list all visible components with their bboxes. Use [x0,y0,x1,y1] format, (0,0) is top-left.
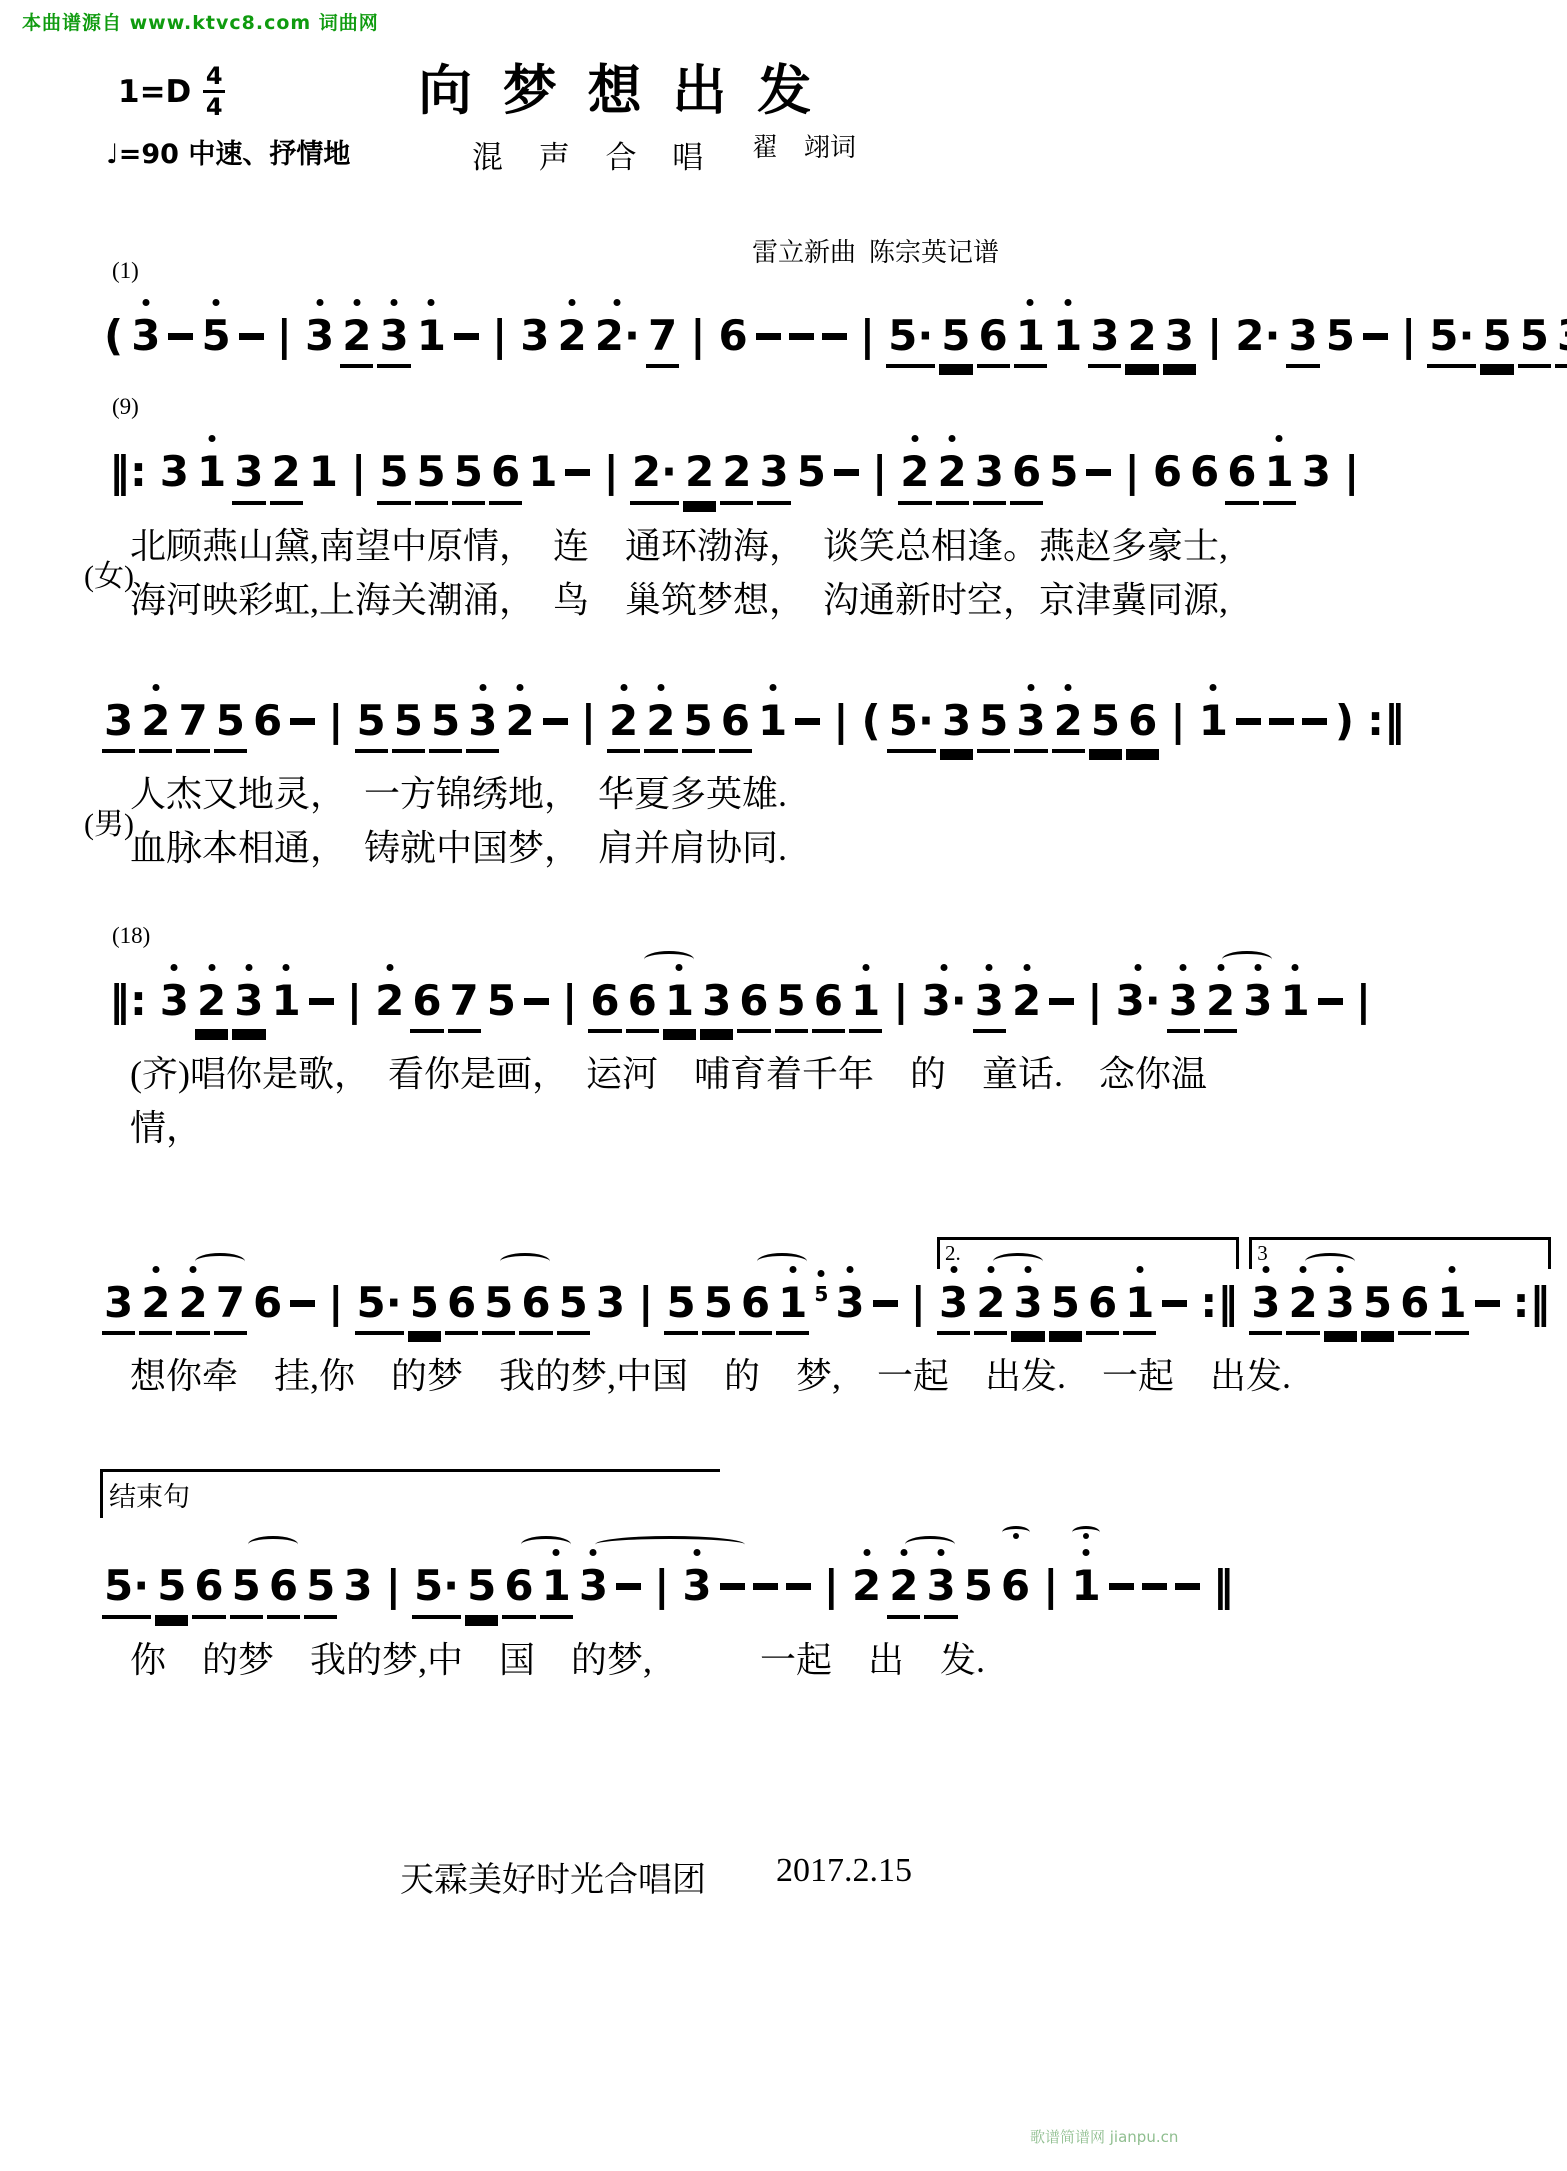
barline: | [326,1279,345,1327]
watermark-source-link: 本曲谱源自 www.ktvc8.com 词曲网 [22,8,379,35]
note-token: 2 [270,448,303,504]
token-glyph: 2 [505,697,534,745]
note-token: 5 [1049,1279,1082,1335]
token-glyph: 6 [1153,448,1182,496]
note-token: 7 [214,1279,247,1335]
token-glyph [565,469,590,476]
token-glyph: 2 [1206,977,1235,1025]
octave-dot [171,964,178,971]
token-glyph: 6 [1001,1562,1030,1610]
rest-dash [871,1279,900,1327]
token-glyph [454,333,479,340]
token-glyph: 3· [1116,977,1161,1025]
token-glyph: | [638,1279,653,1327]
barline: | [349,448,368,496]
token-glyph: 3 [468,697,497,745]
token-glyph: | [328,697,343,745]
note-token: 3 [1286,312,1319,368]
note-token: 1 [849,977,882,1033]
note-token: 2 [195,977,228,1033]
token-glyph: 1 [1437,1279,1466,1327]
token-glyph: 6 [741,1279,770,1327]
token-glyph: 2 [1288,1279,1317,1327]
lyric-block: 想你牵 挂,你 的梦 我的梦,中国 的 梦, 一起 出发. 一起 出发. [100,1349,1310,1403]
token-glyph: 6 [491,448,520,496]
token-glyph: | [328,1279,343,1327]
token-glyph: 1 [1280,977,1309,1025]
note-token: 5 [664,1279,697,1335]
octave-dot [1023,964,1030,971]
lyric-line: 人杰又地灵， 一方锦绣地， 华夏多英雄. [130,767,1310,821]
token-glyph [543,718,568,725]
slur-arc [905,1536,955,1553]
note-token: 1 [1014,312,1047,368]
rest-dash [832,448,861,496]
note-token: 5· [355,1279,404,1335]
token-glyph: 5· [889,697,934,745]
token-glyph: | [581,697,596,745]
rest-dash [1084,448,1113,496]
note-token: 2 [644,697,677,753]
token-glyph: 2 [272,448,301,496]
barline: | [822,1562,841,1610]
token-glyph: 6 [739,977,768,1025]
music-system: 结束句5·565653|5·5613|3|22356|1‖你 的梦 我的梦,中 … [100,1469,1310,1686]
token-glyph: 1 [197,448,226,496]
note-token: 6 [812,977,845,1033]
note-token: 3 [924,1562,957,1618]
note-token: 3 [158,448,191,496]
note-token: 5 [1089,697,1122,753]
octave-dot [1064,299,1071,306]
token-glyph: 6 [979,312,1008,360]
note-token: 2 [683,448,716,504]
token-glyph: 2 [558,312,587,360]
token-glyph: 3 [1016,697,1045,745]
token-glyph: 5· [357,1279,402,1327]
note-token: 1 [540,1562,573,1618]
token-glyph: 5 [704,1279,733,1327]
note-token: 3 [700,977,733,1033]
barline: ‖ [1211,1562,1236,1610]
note-token: 1 [1070,1562,1103,1610]
note-token: 5 [482,1279,515,1335]
note-token: 6 [739,1279,772,1335]
note-token: 2 [887,1562,920,1618]
note-token: 2· [630,448,679,504]
token-glyph: 6 [590,977,619,1025]
token-glyph: 5 [1091,697,1120,745]
token-glyph: 3 [1169,977,1198,1025]
token-glyph [795,718,820,725]
rest-dash [1047,977,1076,1025]
credits: 翟 翊词 雷立新曲 陈宗英记谱 [752,60,999,341]
token-glyph: 7 [450,977,479,1025]
note-token: 7 [448,977,481,1033]
barline: | [326,697,345,745]
note-token: 3 [1300,448,1333,496]
date: 2017.2.15 [776,1852,912,1901]
lyric-block: 你 的梦 我的梦,中 国 的梦, 一起 出 发. [100,1633,1310,1687]
note-token: 2 [974,1279,1007,1335]
note-token: 6 [410,977,443,1033]
octave-dot [987,1266,994,1273]
token-glyph: 7 [178,697,207,745]
note-token: 6 [719,697,752,753]
octave-dot [283,964,290,971]
token-glyph: | [893,977,908,1025]
token-glyph: 1 [758,697,787,745]
slur-arc [757,1253,807,1270]
octave-dot [553,1549,560,1556]
octave-dot [1300,1266,1307,1273]
note-token: 3 [1324,1279,1357,1335]
coda-label: 结束句 [100,1469,720,1518]
octave-dot [1254,964,1261,971]
token-glyph: :‖ [1513,1279,1551,1327]
note-token: 5 [1324,312,1357,360]
note-token: 5 [1361,1279,1394,1335]
note-token: 3 [102,1279,135,1335]
token-glyph: 5 [941,312,970,360]
fermata-icon [1002,1526,1030,1539]
barline: | [1122,448,1141,496]
note-token: 5 [230,1562,263,1618]
octave-dot [152,684,159,691]
note-token: 1 [195,448,228,496]
token-glyph: | [1401,312,1416,360]
token-glyph: | [562,977,577,1025]
note-token: 7 [176,697,209,753]
rest-dash [1300,697,1329,745]
token-glyph: 3 [702,977,731,1025]
octave-dot [1448,1266,1455,1273]
lyric-block: (男)人杰又地灵， 一方锦绣地， 华夏多英雄.血脉本相通， 铸就中国梦， 肩并肩… [100,767,1310,875]
rest-dash [452,312,481,360]
rest-dash [1173,1562,1202,1610]
note-token: 2 [340,312,373,368]
note-token: 6 [1086,1279,1119,1335]
token-glyph: 5 [379,448,408,496]
octave-dot [694,1549,701,1556]
octave-dot [386,964,393,971]
token-glyph: 5 [1363,1279,1392,1327]
octave-dot [950,1266,957,1273]
time-denominator: 4 [206,95,223,119]
note-token: 5 [452,448,485,504]
octave-dot [949,435,956,442]
token-glyph [1142,1583,1167,1590]
token-glyph: 6 [253,1279,282,1327]
note-token: 3 [1088,312,1121,368]
note-token: 3 [1011,1279,1044,1335]
rest-dash [1140,1562,1169,1610]
octave-dot [657,684,664,691]
token-glyph: | [492,312,507,360]
token-glyph: 3 [104,1279,133,1327]
token-glyph [822,333,847,340]
ensemble-name: 天霖美好时光合唱团 [400,1852,706,1901]
token-glyph: 5 [201,312,230,360]
token-glyph: 5 [157,1562,186,1610]
paren: ( [102,312,125,360]
rest-dash [1234,697,1263,745]
token-glyph [1175,1583,1200,1590]
token-glyph: 2 [685,448,714,496]
octave-dot [245,964,252,971]
note-token: 7 [646,312,679,368]
token-glyph: 2 [1054,697,1083,745]
octave-dot [479,684,486,691]
barline: | [275,312,294,360]
note-token: 5 [485,977,518,1025]
token-glyph: 5 [216,697,245,745]
note-token: 5 [408,1279,441,1335]
barline: :‖ [1198,1279,1240,1327]
octave-dot [1065,684,1072,691]
note-token: 3 [232,977,265,1033]
token-glyph: 6 [719,312,748,360]
token-row: 32276|5·565653|556153| [100,1278,935,1327]
note-token: 6 [717,312,750,360]
note-token: 5· [412,1562,461,1618]
score-body: (1)(35|3231|322·7|6|5·5611323|2·35|5·553… [100,258,1310,1687]
octave-dot [428,299,435,306]
token-glyph: 2 [342,312,371,360]
token-glyph: 1 [528,448,557,496]
composer-credit: 雷立新曲 陈宗英记谱 [752,235,999,270]
token-glyph: 1 [1053,312,1082,360]
octave-dot [213,299,220,306]
barline: | [1168,697,1187,745]
paren: ) [1333,697,1356,745]
note-token: 3 [680,1562,713,1610]
token-glyph: 6 [194,1562,223,1610]
volta-bracket: 3 [1249,1237,1551,1269]
token-glyph: 3 [305,312,334,360]
token-glyph: 3 [682,1562,711,1610]
octave-dot [676,964,683,971]
token-glyph [1162,1300,1187,1307]
token-glyph: 5 [410,1279,439,1327]
octave-dot [208,964,215,971]
octave-dot [208,435,215,442]
token-glyph: | [654,1562,669,1610]
token-glyph: 6 [412,977,441,1025]
note-token: 3 [232,448,265,504]
barline: | [560,977,579,1025]
token-glyph: 3 [759,448,788,496]
barline: | [1342,448,1361,496]
notation-segment: 2.323561:‖ [935,1237,1247,1335]
token-glyph: 5 [431,697,460,745]
note-token: 1 [415,312,448,360]
note-token: 2 [898,448,931,504]
rest-dash [541,697,570,745]
music-system: 32276|5·565653|556153|2.323561:‖3323561:… [100,1209,1310,1403]
token-row: 323561:‖ [935,1278,1247,1327]
slur-arc [500,1253,550,1270]
token-glyph: 5 [467,1562,496,1610]
note-token: 3 [466,697,499,753]
slur-arc [644,951,694,968]
note-token: 5 [812,1283,830,1306]
rest-dash [1267,697,1296,745]
token-glyph: | [872,448,887,496]
token-glyph: 2 [1127,312,1156,360]
footer: 天霖美好时光合唱团 2017.2.15 [400,1852,1310,1901]
token-glyph: 5 [1049,448,1078,496]
token-glyph: | [277,312,292,360]
barline: | [636,1279,655,1327]
octave-dot [1027,299,1034,306]
token-glyph [756,333,781,340]
token-glyph: 1 [417,312,446,360]
token-glyph: 2 [938,448,967,496]
note-token: 3 [129,312,162,360]
token-glyph: 3 [1302,448,1331,496]
note-token: 5 [429,697,462,753]
rest-dash [288,697,317,745]
note-token: 2 [607,697,640,753]
barline: | [1205,312,1224,360]
octave-dot [1135,964,1142,971]
barline: | [579,697,598,745]
token-glyph: 5 [1326,312,1355,360]
token-glyph [834,469,859,476]
volta-number: 3 [1257,1241,1268,1265]
rest-dash [522,977,551,1025]
note-token: 3 [158,977,191,1025]
token-glyph: 1 [778,1279,807,1327]
token-glyph: 2· [632,448,677,496]
token-glyph: ‖ [1213,1562,1234,1610]
note-token: 6 [977,312,1010,368]
token-row: 5·565653|5·5613|3|22356|1‖ [100,1561,1243,1610]
token-glyph: 3 [379,312,408,360]
octave-dot [142,299,149,306]
octave-dot [789,1266,796,1273]
rest-dash [1361,312,1390,360]
token-glyph: 6 [253,697,282,745]
rest-dash [307,977,336,1025]
token-glyph: 6 [1190,448,1219,496]
note-token: 6 [519,1279,552,1335]
octave-dot [316,299,323,306]
note-token: 5· [886,312,935,368]
token-glyph: 5 [979,697,1008,745]
token-glyph [239,333,264,340]
token-glyph: | [1087,977,1102,1025]
score-header: 1=D 4 4 ♩=90 中速、抒情地 向 梦 想 出 发 混 声 合 唱 翟 … [100,58,1310,210]
token-glyph: 3 [975,977,1004,1025]
token-glyph [1086,469,1111,476]
rest-dash [237,312,266,360]
octave-dot [190,1266,197,1273]
note-token: 5 [1480,312,1513,368]
token-glyph: | [347,977,362,1025]
token-glyph: 3 [234,977,263,1025]
note-token: 3· [920,977,969,1025]
token-glyph: 3· [922,977,967,1025]
notation-segment: (35|3231|322·7|6|5·5611323|2·35|5·553235… [100,312,1567,368]
note-token: 3 [1555,312,1567,368]
note-token: 6 [588,977,621,1033]
token-glyph: 6 [1400,1279,1429,1327]
token-glyph: 5 [1051,1279,1080,1327]
note-token: 6 [999,1562,1032,1610]
token-glyph: 3 [160,448,189,496]
token-glyph: 5 [1482,312,1511,360]
octave-dot [847,1266,854,1273]
note-token: 6 [251,1279,284,1327]
note-token: 2· [593,312,642,360]
barline: | [1399,312,1418,360]
token-glyph [786,1583,811,1590]
token-glyph [290,718,315,725]
token-glyph: 6 [521,1279,550,1327]
barline: :‖ [1365,697,1407,745]
note-token: 3 [102,697,135,753]
rest-dash [1107,1562,1136,1610]
note-token: 6 [502,1562,535,1618]
token-glyph: 5 [1520,312,1549,360]
barline: :‖ [1511,1279,1553,1327]
sheet-page: 1=D 4 4 ♩=90 中速、抒情地 向 梦 想 出 发 混 声 合 唱 翟 … [100,58,1310,1901]
note-token: 1 [1278,977,1311,1025]
token-glyph: 5 [484,1279,513,1327]
barline: | [891,977,910,1025]
token-glyph: 1 [542,1562,571,1610]
barline: | [688,312,707,360]
watermark-site: 歌谱简谱网 jianpu.cn [1030,2126,1178,2147]
note-token: 1 [307,448,340,496]
notation-segment: 5·565653|5·5613|3|22356|1‖ [100,1562,1243,1618]
barline: | [1041,1562,1060,1610]
note-token: 3 [757,448,790,504]
lyric-line: (齐)唱你是歌， 看你是画， 运河 哺育着千年 的 童话. 念你温 情， [130,1047,1310,1155]
token-glyph: | [911,1279,926,1327]
token-glyph: | [1344,448,1359,496]
rest-dash [563,448,592,496]
token-glyph [1475,1300,1500,1307]
token-glyph: | [1207,312,1222,360]
note-token: 2 [1286,1279,1319,1335]
note-token: 5 [199,312,232,360]
key-label: 1=D [118,74,191,110]
note-token: 5 [214,697,247,753]
token-glyph: 2· [595,312,640,360]
token-glyph: 6 [1128,697,1157,745]
note-token: 6 [1010,448,1043,504]
note-token: 5 [392,697,425,753]
token-glyph: 5 [306,1562,335,1610]
token-glyph: 5 [666,1279,695,1327]
token-glyph [873,1300,898,1307]
barline: | [384,1562,403,1610]
note-token: 1 [1051,312,1084,360]
token-glyph [1109,1583,1134,1590]
note-token: 5 [355,697,388,753]
octave-dot [1337,1266,1344,1273]
token-glyph: 2 [141,1279,170,1327]
note-token: 5 [155,1562,188,1618]
note-token: 5· [887,697,936,753]
lyric-block: (女)北顾燕山黛,南望中原情， 连 通环渤海， 谈笑总相逢。燕赵多豪士,海河映彩… [100,519,1310,627]
token-glyph: 5· [414,1562,459,1610]
token-glyph: 1 [309,448,338,496]
token-glyph: 3 [579,1562,608,1610]
